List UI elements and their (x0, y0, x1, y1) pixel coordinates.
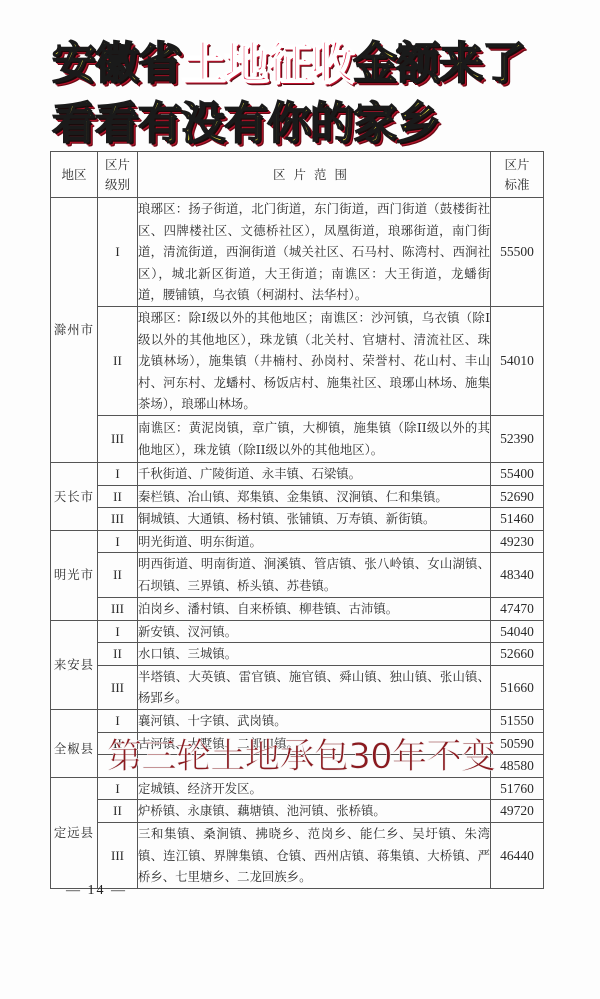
standard-cell: 49720 (491, 800, 544, 823)
standard-cell: 49230 (491, 530, 544, 553)
standard-cell: 55500 (491, 198, 544, 307)
level-cell: I (98, 462, 138, 485)
scope-cell: 千秋街道、广陵街道、永丰镇、石梁镇。 (138, 462, 491, 485)
header-scope: 区片范围 (138, 152, 491, 198)
level-cell: II (98, 643, 138, 666)
scope-cell: 定城镇、经济开发区。 (138, 777, 491, 800)
scope-cell: 南谯区：黄泥岗镇，章广镇，大柳镇，施集镇（除II级以外的其他地区），珠龙镇（除I… (138, 415, 491, 462)
scope-cell: 琅琊区：除I级以外的其他地区；南谯区：沙河镇，乌衣镇（除I级以外的其他地区），珠… (138, 307, 491, 416)
header-std-line1: 区片 (504, 157, 529, 172)
scope-cell: 琅琊区：扬子街道，北门街道，东门街道，西门街道（鼓楼街社区、四牌楼社区、文德桥社… (138, 198, 491, 307)
standard-cell: 48580 (491, 755, 544, 778)
standard-cell: 52690 (491, 485, 544, 508)
headline-part-province: 安徽省 (52, 38, 181, 89)
level-cell: I (98, 620, 138, 643)
region-cell: 来安县 (51, 620, 98, 709)
standard-cell: 48340 (491, 553, 544, 597)
table-row: II 水口镇、三城镇。 52660 (51, 643, 544, 666)
table-row: 定远县 I 定城镇、经济开发区。 51760 (51, 777, 544, 800)
level-cell: II (98, 485, 138, 508)
level-cell: I (98, 709, 138, 732)
region-cell: 天长市 (51, 462, 98, 530)
table-row: II 明西街道、明南街道、涧溪镇、管店镇、张八岭镇、女山湖镇、石坝镇、三界镇、桥… (51, 553, 544, 597)
headline-line-2: 看看有没有你的家乡 (52, 98, 439, 150)
table-header-row: 地区 区片级别 区片范围 区片标准 (51, 152, 544, 198)
level-cell: I (98, 777, 138, 800)
header-standard: 区片标准 (491, 152, 544, 198)
region-cell: 定远县 (51, 777, 98, 888)
level-cell: III (98, 597, 138, 620)
header-level-line1: 区片 (105, 157, 130, 172)
scope-cell: 水口镇、三城镇。 (138, 643, 491, 666)
header-level-line2: 级别 (105, 177, 130, 192)
scope-cell: 明西街道、明南街道、涧溪镇、管店镇、张八岭镇、女山湖镇、石坝镇、三界镇、桥头镇、… (138, 553, 491, 597)
scope-cell: 新安镇、汊河镇。 (138, 620, 491, 643)
standard-cell: 52660 (491, 643, 544, 666)
table-row: III 铜城镇、大通镇、杨村镇、张铺镇、万寿镇、新街镇。 51460 (51, 508, 544, 531)
level-cell: I (98, 530, 138, 553)
scope-cell: 半塔镇、大英镇、雷官镇、施官镇、舜山镇、独山镇、张山镇、杨郢乡。 (138, 665, 491, 709)
level-cell: II (98, 307, 138, 416)
standard-cell: 54040 (491, 620, 544, 643)
level-cell: III (98, 822, 138, 888)
scope-cell: 炉桥镇、永康镇、藕塘镇、池河镇、张桥镇。 (138, 800, 491, 823)
standard-cell: 55400 (491, 462, 544, 485)
standard-cell: 46440 (491, 822, 544, 888)
standard-cell: 51460 (491, 508, 544, 531)
table-row: 天长市 I 千秋街道、广陵街道、永丰镇、石梁镇。 55400 (51, 462, 544, 485)
region-cell: 明光市 (51, 530, 98, 620)
table-row: III 南谯区：黄泥岗镇，章广镇，大柳镇，施集镇（除II级以外的其他地区），珠龙… (51, 415, 544, 462)
scope-cell: 三和集镇、桑涧镇、拂晓乡、范岗乡、能仁乡、吴圩镇、朱湾镇、连江镇、界牌集镇、仓镇… (138, 822, 491, 888)
region-cell: 全椒县 (51, 709, 98, 777)
region-cell: 滁州市 (51, 198, 98, 463)
header-std-line2: 标准 (504, 177, 529, 192)
headline-part-amount: 金额来了 (353, 38, 525, 89)
level-cell: I (98, 198, 138, 307)
page-number: — 14 — (66, 883, 127, 899)
standard-cell: 54010 (491, 307, 544, 416)
level-cell: II (98, 553, 138, 597)
scope-cell: 襄河镇、十字镇、武岗镇。 (138, 709, 491, 732)
standard-cell: 51660 (491, 665, 544, 709)
table-row: II 秦栏镇、冶山镇、郑集镇、金集镇、汊涧镇、仁和集镇。 52690 (51, 485, 544, 508)
headline-line-1: 安徽省土地征收金额来了 (52, 36, 525, 92)
table-row: II 琅琊区：除I级以外的其他地区；南谯区：沙河镇，乌衣镇（除I级以外的其他地区… (51, 307, 544, 416)
scope-cell: 明光街道、明东街道。 (138, 530, 491, 553)
header-level: 区片级别 (98, 152, 138, 198)
standard-cell: 52390 (491, 415, 544, 462)
table-row: III 半塔镇、大英镇、雷官镇、施官镇、舜山镇、独山镇、张山镇、杨郢乡。 516… (51, 665, 544, 709)
table-row: III 泊岗乡、潘村镇、自来桥镇、柳巷镇、古沛镇。 47470 (51, 597, 544, 620)
headline-part-land-acquisition: 土地征收 (181, 38, 353, 89)
standard-cell: 50590 (491, 732, 544, 755)
level-cell: III (98, 665, 138, 709)
standard-cell: 47470 (491, 597, 544, 620)
level-cell: III (98, 415, 138, 462)
scope-cell: 泊岗乡、潘村镇、自来桥镇、柳巷镇、古沛镇。 (138, 597, 491, 620)
table-row: 明光市 I 明光街道、明东街道。 49230 (51, 530, 544, 553)
table-row: 来安县 I 新安镇、汊河镇。 54040 (51, 620, 544, 643)
standard-cell: 51550 (491, 709, 544, 732)
table-row: III 三和集镇、桑涧镇、拂晓乡、范岗乡、能仁乡、吴圩镇、朱湾镇、连江镇、界牌集… (51, 822, 544, 888)
table-row: 全椒县 I 襄河镇、十字镇、武岗镇。 51550 (51, 709, 544, 732)
overlay-caption: 第三轮土地承包30年不变 (107, 735, 496, 779)
scope-cell: 铜城镇、大通镇、杨村镇、张铺镇、万寿镇、新街镇。 (138, 508, 491, 531)
table-row: II 炉桥镇、永康镇、藕塘镇、池河镇、张桥镇。 49720 (51, 800, 544, 823)
header-region: 地区 (51, 152, 98, 198)
scope-cell: 秦栏镇、冶山镇、郑集镇、金集镇、汊涧镇、仁和集镇。 (138, 485, 491, 508)
level-cell: II (98, 800, 138, 823)
standard-cell: 51760 (491, 777, 544, 800)
table-row: 滁州市 I 琅琊区：扬子街道，北门街道，东门街道，西门街道（鼓楼街社区、四牌楼社… (51, 198, 544, 307)
level-cell: III (98, 508, 138, 531)
